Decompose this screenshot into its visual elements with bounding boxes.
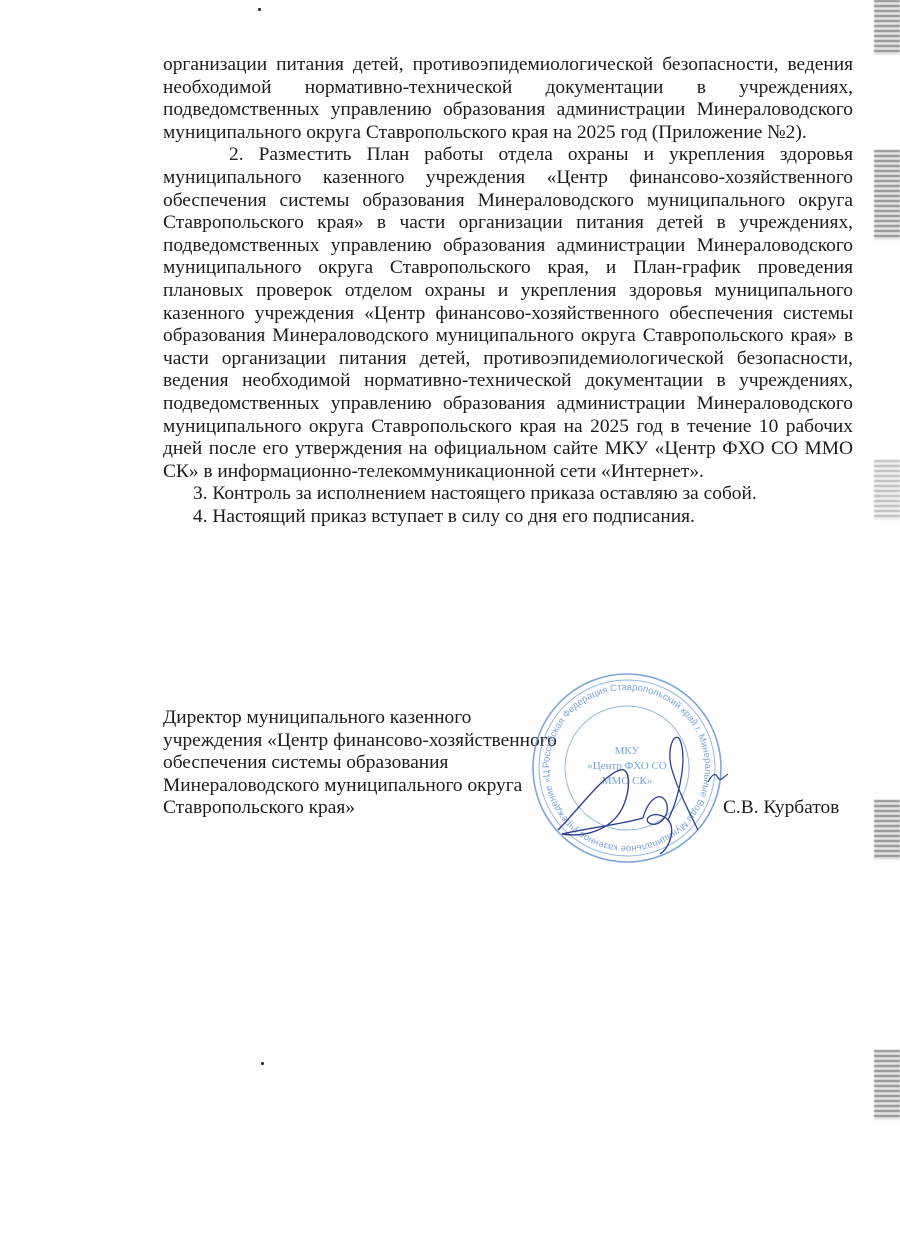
scanned-document-page: организации питания детей, противоэпидем… — [0, 0, 900, 1238]
signer-position-line: учреждения «Центр финансово-хозяйственно… — [163, 730, 863, 753]
signer-position-line: Минераловодского муниципального округа — [163, 775, 863, 798]
scan-edge-artifact — [874, 460, 900, 520]
scan-speck — [261, 1062, 264, 1065]
signer-position-line: обеспечения системы образования — [163, 752, 863, 775]
scan-edge-artifact — [874, 0, 900, 55]
signature-block: Директор муниципального казенного учрежд… — [163, 707, 863, 820]
paragraph-item-4: 4. Настоящий приказ вступает в силу со д… — [163, 506, 853, 529]
paragraph-item-2: 2. Разместить План работы отдела охраны … — [163, 144, 853, 483]
scan-edge-artifact — [874, 800, 900, 860]
paragraph-continuation: организации питания детей, противоэпидем… — [163, 54, 853, 144]
paragraph-item-3: 3. Контроль за исполнением настоящего пр… — [163, 483, 853, 506]
order-body-text: организации питания детей, противоэпидем… — [163, 54, 853, 528]
scan-edge-artifact — [874, 1050, 900, 1120]
scan-edge-artifact — [874, 150, 900, 240]
scan-speck — [258, 8, 261, 11]
handwritten-signature-icon — [548, 730, 748, 870]
signer-position-line: Директор муниципального казенного — [163, 707, 863, 730]
